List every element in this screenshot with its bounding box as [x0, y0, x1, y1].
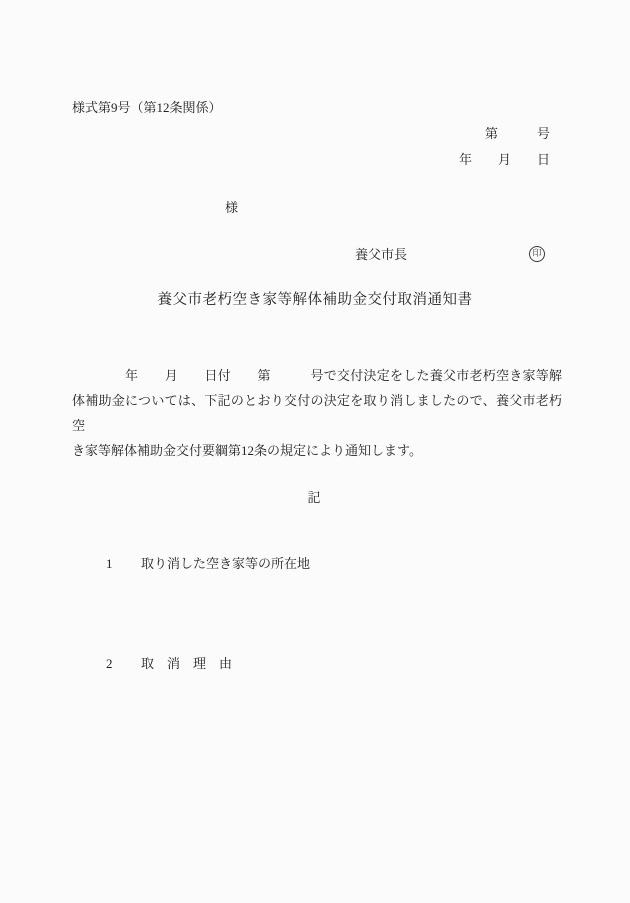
notice-document-page: 様式第9号（第12条関係） 第 号 年 月 日 様 養父市長 印 養父市老朽空き… [0, 0, 630, 903]
item-label: 取 消 理 由 [141, 656, 232, 671]
list-item-2: 2取 消 理 由 [93, 637, 232, 688]
body-line: 年 月 日付 第 号で交付決定をした養父市老朽空き家等解 [72, 363, 562, 388]
form-number: 様式第9号（第12条関係） [72, 97, 222, 116]
section-marker-ki: 記 [0, 487, 630, 506]
body-paragraph: 年 月 日付 第 号で交付決定をした養父市老朽空き家等解 体補助金については、下… [72, 363, 562, 463]
item-label: 取り消した空き家等の所在地 [141, 556, 310, 571]
date-line: 年 月 日 [459, 149, 550, 168]
seal-character: 印 [532, 249, 541, 258]
sender-row: 養父市長 印 [355, 244, 545, 263]
document-title: 養父市老朽空き家等解体補助金交付取消通知書 [0, 288, 630, 309]
seal-icon: 印 [529, 246, 545, 262]
sender-name: 養父市長 [355, 244, 407, 263]
body-line: 体補助金については、下記のとおり交付の決定を取り消しましたので、養父市老朽空 [72, 388, 562, 438]
addressee-honorific: 様 [225, 197, 238, 216]
body-line: き家等解体補助金交付要綱第12条の規定により通知します。 [72, 438, 562, 463]
item-number: 1 [106, 556, 141, 572]
item-number: 2 [106, 656, 141, 672]
list-item-1: 1取り消した空き家等の所在地 [93, 537, 310, 588]
document-number-line: 第 号 [485, 123, 550, 142]
